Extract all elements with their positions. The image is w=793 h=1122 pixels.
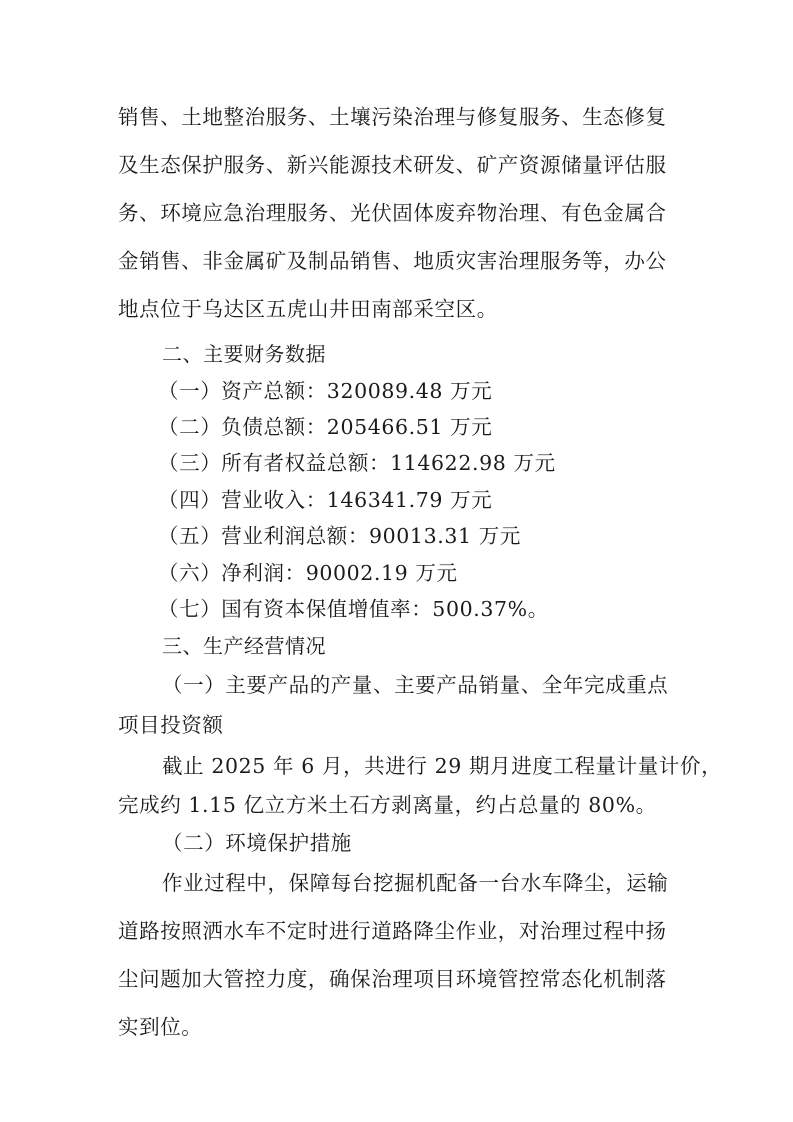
text-line: 完成约 1.15 亿立方米土石方剥离量，约占总量的 80%。 [118,792,657,818]
subsection-heading-cont: 项目投资额 [118,712,224,738]
subsection-heading: （二）环境保护措施 [162,830,352,856]
financial-item-total-liabilities: （二）负债总额：205466.51 万元 [158,414,492,440]
text-line: 金销售、非金属矿及制品销售、地质灾害治理服务等，办公 [118,248,667,274]
text-line: 销售、土地整治服务、土壤污染治理与修复服务、生态修复 [118,104,667,130]
financial-item-net-profit: （六）净利润：90002.19 万元 [158,560,458,586]
financial-item-operating-profit: （五）营业利润总额：90013.31 万元 [158,523,521,549]
text-line: 尘问题加大管控力度，确保治理项目环境管控常态化机制落 [118,966,667,992]
financial-item-revenue: （四）营业收入：146341.79 万元 [158,487,492,513]
text-line: 实到位。 [118,1014,202,1040]
financial-item-capital-ratio: （七）国有资本保值增值率：500.37%。 [158,596,549,622]
financial-item-total-assets: （一）资产总额：320089.48 万元 [158,378,492,404]
text-line: 地点位于乌达区五虎山井田南部采空区。 [118,296,498,322]
section-heading: 三、生产经营情况 [162,633,326,659]
section-heading: 二、主要财务数据 [162,341,326,367]
text-line: 务、环境应急治理服务、光伏固体废弃物治理、有色金属合 [118,200,667,226]
financial-item-owners-equity: （三）所有者权益总额：114622.98 万元 [158,450,556,476]
text-line: 截止 2025 年 6 月，共进行 29 期月进度工程量计量计价， [162,753,722,779]
text-line: 及生态保护服务、新兴能源技术研发、矿产资源储量评估服 [118,152,667,178]
subsection-heading: （一）主要产品的产量、主要产品销量、全年完成重点 [162,672,668,698]
text-line: 道路按照洒水车不定时进行道路降尘作业，对治理过程中扬 [118,918,667,944]
text-line: 作业过程中，保障每台挖掘机配备一台水车降尘，运输 [162,870,668,896]
